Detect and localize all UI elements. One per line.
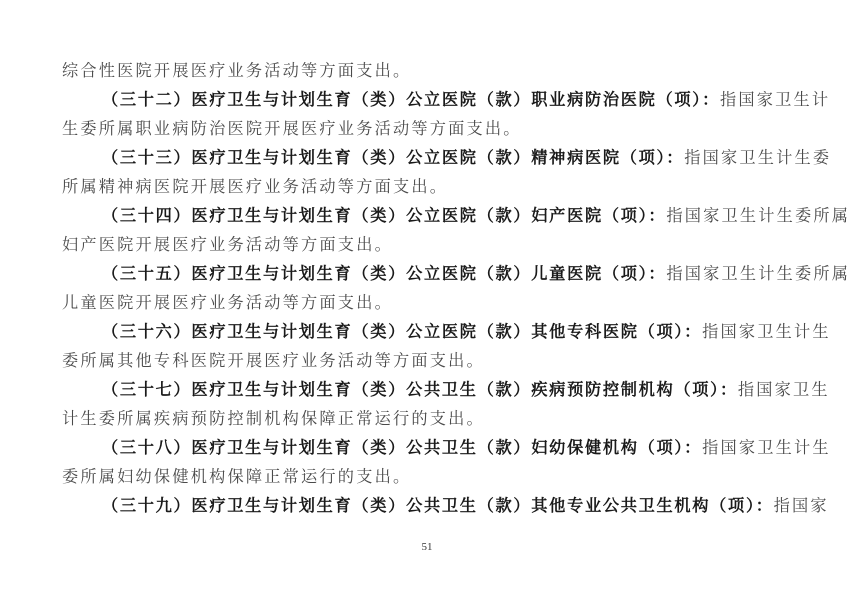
section-heading-34: （三十四）医疗卫生与计划生育（类）公立医院（款）妇产医院（项）：指国家卫生计生委…: [102, 205, 832, 227]
text-line: 委所属其他专科医院开展医疗业务活动等方面支出。: [62, 350, 792, 372]
text-line: 综合性医院开展医疗业务活动等方面支出。: [62, 60, 792, 82]
text-line: 妇产医院开展医疗业务活动等方面支出。: [62, 234, 792, 256]
text-line: 委所属妇幼保健机构保障正常运行的支出。: [62, 466, 792, 488]
section-heading-32: （三十二）医疗卫生与计划生育（类）公立医院（款）职业病防治医院（项）：指国家卫生…: [102, 89, 832, 111]
section-heading-33: （三十三）医疗卫生与计划生育（类）公立医院（款）精神病医院（项）：指国家卫生计生…: [102, 147, 832, 169]
section-heading-39: （三十九）医疗卫生与计划生育（类）公共卫生（款）其他专业公共卫生机构（项）：指国…: [102, 495, 832, 517]
section-heading-35: （三十五）医疗卫生与计划生育（类）公立医院（款）儿童医院（项）：指国家卫生计生委…: [102, 263, 832, 285]
text-line: 所属精神病医院开展医疗业务活动等方面支出。: [62, 176, 792, 198]
section-heading-38: （三十八）医疗卫生与计划生育（类）公共卫生（款）妇幼保健机构（项）：指国家卫生计…: [102, 437, 832, 459]
document-page: 综合性医院开展医疗业务活动等方面支出。 （三十二）医疗卫生与计划生育（类）公立医…: [0, 0, 854, 597]
text-line: 计生委所属疾病预防控制机构保障正常运行的支出。: [62, 408, 792, 430]
section-heading-36: （三十六）医疗卫生与计划生育（类）公立医院（款）其他专科医院（项）：指国家卫生计…: [102, 321, 832, 343]
text-line: 儿童医院开展医疗业务活动等方面支出。: [62, 292, 792, 314]
text-line: 生委所属职业病防治医院开展医疗业务活动等方面支出。: [62, 118, 792, 140]
page-number: 51: [0, 541, 854, 553]
section-heading-37: （三十七）医疗卫生与计划生育（类）公共卫生（款）疾病预防控制机构（项）：指国家卫…: [102, 379, 832, 401]
